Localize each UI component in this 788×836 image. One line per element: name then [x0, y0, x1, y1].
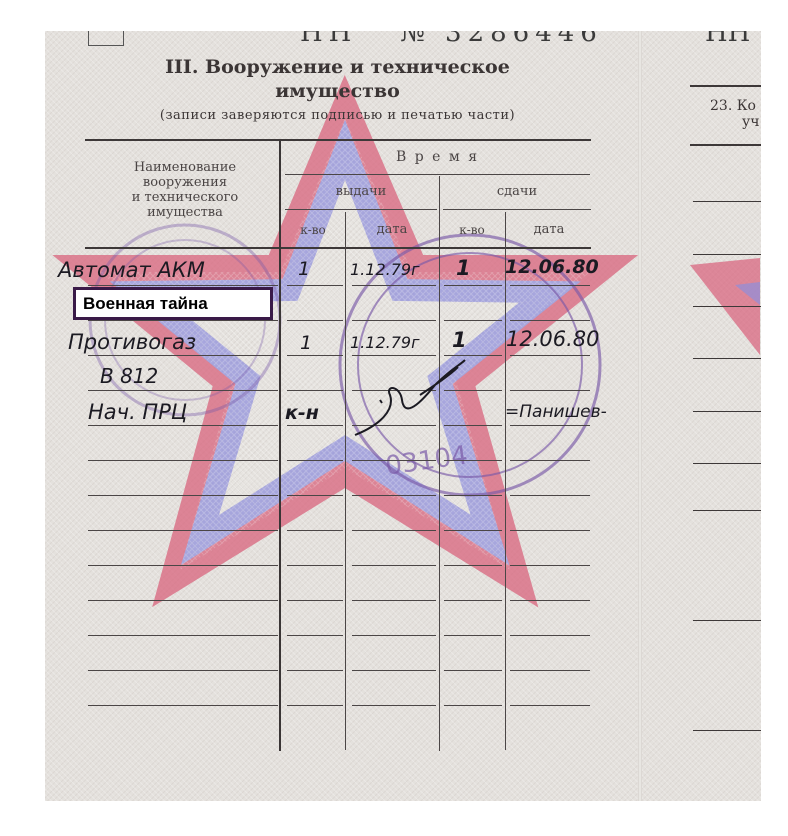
- issue-return-divider: [439, 176, 440, 751]
- row-rule: [88, 565, 278, 566]
- row-rule: [352, 530, 436, 531]
- serial-number: НН № 3286446: [300, 18, 603, 48]
- row1-name: Автомат АКМ: [58, 258, 205, 282]
- row-rule: [88, 460, 278, 461]
- section-subtitle: (записи заверяются подписью и печатью ча…: [85, 108, 590, 123]
- row-rule: [444, 460, 502, 461]
- row-rule: [88, 495, 278, 496]
- row-rule: [88, 355, 278, 356]
- row-rule: [444, 285, 502, 286]
- row-rule: [352, 600, 436, 601]
- issue-header-rule: [285, 209, 437, 210]
- row-rule: [352, 285, 436, 286]
- row-rule: [510, 285, 590, 286]
- page-number-box: [88, 31, 124, 46]
- row-rule: [444, 600, 502, 601]
- right-row-rule: [693, 510, 761, 511]
- right-row-rule: [693, 411, 761, 412]
- classified-overlay-label: Военная тайна: [73, 287, 273, 320]
- row-rule: [287, 320, 343, 321]
- row-rule: [510, 355, 590, 356]
- row-rule: [510, 425, 590, 426]
- row-rule: [352, 495, 436, 496]
- table-top-rule: [85, 139, 591, 141]
- issue-header: выдачи: [285, 184, 437, 199]
- row-rule: [510, 530, 590, 531]
- row-rule: [88, 670, 278, 671]
- row-rule: [88, 705, 278, 706]
- row-rule: [510, 460, 590, 461]
- right-page-item-title: 23. Ко уч: [710, 98, 760, 130]
- return-qty-date-divider: [505, 212, 506, 750]
- row-rule: [444, 635, 502, 636]
- return-date-header: дата: [507, 222, 591, 237]
- row-rule: [287, 565, 343, 566]
- right-row-rule: [693, 463, 761, 464]
- row1-issue-qty: 1: [298, 258, 310, 280]
- right-row-rule: [693, 730, 761, 731]
- row-rule: [88, 390, 278, 391]
- issue-qty-header: к-во: [282, 223, 344, 238]
- right-row-rule: [693, 306, 761, 307]
- serial-series: НН: [300, 18, 357, 48]
- row-rule: [510, 320, 590, 321]
- row-rule: [287, 530, 343, 531]
- row-rule: [510, 635, 590, 636]
- row4-issue-qty: к-н: [285, 402, 319, 424]
- row-rule: [352, 635, 436, 636]
- row-rule: [444, 565, 502, 566]
- return-qty-header: к-во: [441, 223, 503, 238]
- row1-return-qty: 1: [456, 256, 471, 280]
- row-rule: [287, 635, 343, 636]
- serial-value: № 3286446: [400, 18, 603, 48]
- row-rule: [287, 495, 343, 496]
- row-rule: [510, 565, 590, 566]
- row-rule: [510, 670, 590, 671]
- time-header-rule: [285, 174, 590, 175]
- row-rule: [88, 285, 278, 286]
- section-title-line1: III. Вооружение и техническое: [85, 56, 590, 78]
- row-rule: [88, 600, 278, 601]
- row-rule: [444, 320, 502, 321]
- row-rule: [352, 320, 436, 321]
- row4-name: Нач. ПРЦ: [88, 400, 187, 424]
- row-rule: [287, 425, 343, 426]
- row-rule: [88, 530, 278, 531]
- row-rule: [352, 460, 436, 461]
- row-rule: [352, 670, 436, 671]
- row-rule: [287, 600, 343, 601]
- right-page-rule: [690, 144, 761, 146]
- row-rule: [510, 390, 590, 391]
- right-page-top-rule: [690, 85, 761, 87]
- row-rule: [352, 705, 436, 706]
- row-rule: [88, 425, 278, 426]
- row1-issue-date: 1.12.79г: [350, 260, 419, 279]
- row-rule: [88, 320, 278, 321]
- right-page-header: НН: [705, 18, 750, 48]
- header-bottom-rule: [85, 247, 591, 249]
- row-rule: [444, 495, 502, 496]
- row-rule: [510, 600, 590, 601]
- name-column-divider: [279, 141, 281, 751]
- issue-date-header: дата: [347, 222, 437, 237]
- right-row-rule: [693, 620, 761, 621]
- row-rule: [287, 705, 343, 706]
- row3-name: В 812: [100, 364, 158, 388]
- right-row-rule: [693, 254, 761, 255]
- row2-name: Противогаз: [68, 330, 196, 354]
- col-name-header: Наименование вооружения и технического и…: [100, 160, 270, 220]
- return-header: сдачи: [443, 184, 591, 199]
- row-rule: [88, 635, 278, 636]
- section-title-line2: имущество: [85, 80, 590, 102]
- row-rule: [287, 670, 343, 671]
- return-header-rule: [443, 209, 591, 210]
- row2-return-date: 12.06.80: [506, 327, 600, 351]
- row-rule: [287, 390, 343, 391]
- row-rule: [510, 495, 590, 496]
- row1-return-date: 12.06.80: [505, 256, 599, 278]
- row-rule: [444, 670, 502, 671]
- right-row-rule: [693, 201, 761, 202]
- signature-icon: [340, 355, 480, 445]
- row-rule: [287, 460, 343, 461]
- row4-return-date: =Панишев-: [505, 402, 607, 422]
- row-rule: [352, 565, 436, 566]
- page-fold: [638, 31, 642, 801]
- row2-issue-date: 1.12.79г: [350, 333, 419, 352]
- issue-qty-date-divider: [345, 212, 346, 750]
- row-rule: [510, 705, 590, 706]
- row2-return-qty: 1: [452, 328, 467, 352]
- row-rule: [444, 530, 502, 531]
- time-header: В р е м я: [285, 150, 590, 165]
- row-rule: [287, 355, 343, 356]
- row2-issue-qty: 1: [300, 332, 312, 354]
- row-rule: [287, 285, 343, 286]
- row-rule: [444, 705, 502, 706]
- right-row-rule: [693, 358, 761, 359]
